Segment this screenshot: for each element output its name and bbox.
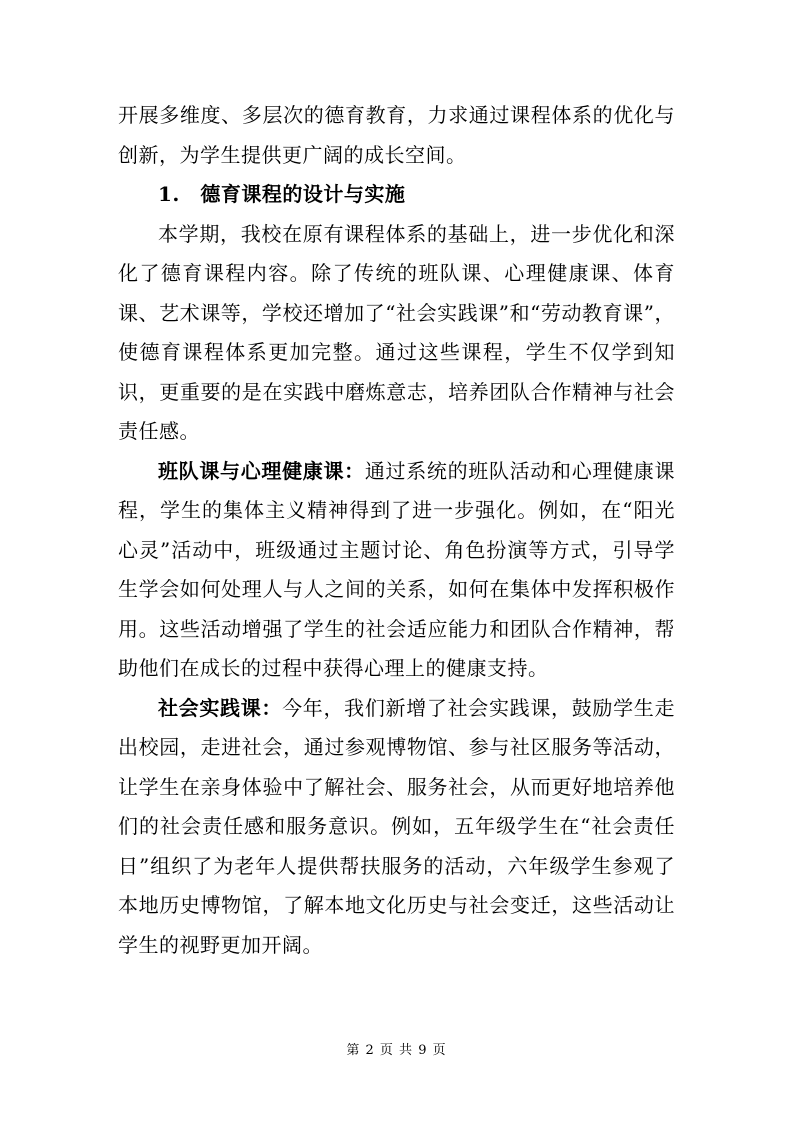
paragraph-lead: 班队课与心理健康课： — [158, 459, 365, 483]
paragraph-text: 今年，我们新增了社会实践课，鼓励学生走出校园，走进社会，通过参观博物馆、参与社区… — [118, 696, 675, 957]
paragraph: 班队课与心理健康课：通过系统的班队活动和心理健康课程，学生的集体主义精神得到了进… — [118, 452, 675, 689]
document-page: 开展多维度、多层次的德育教育，力求通过课程体系的优化与创新，为学生提供更广阔的成… — [0, 0, 793, 1122]
paragraph-lead: 社会实践课： — [158, 696, 282, 720]
section-heading: 1. 德育课程的设计与实施 — [118, 175, 675, 215]
paragraph: 社会实践课：今年，我们新增了社会实践课，鼓励学生走出校园，走进社会，通过参观博物… — [118, 689, 675, 966]
paragraph-text: 通过系统的班队活动和心理健康课程，学生的集体主义精神得到了进一步强化。例如，在“… — [118, 459, 675, 681]
paragraph: 本学期，我校在原有课程体系的基础上，进一步优化和深化了德育课程内容。除了传统的班… — [118, 215, 675, 452]
paragraph-continued: 开展多维度、多层次的德育教育，力求通过课程体系的优化与创新，为学生提供更广阔的成… — [118, 96, 675, 175]
page-footer: 第 2 页 共 9 页 — [0, 1039, 793, 1058]
document-body: 开展多维度、多层次的德育教育，力求通过课程体系的优化与创新，为学生提供更广阔的成… — [118, 96, 675, 965]
